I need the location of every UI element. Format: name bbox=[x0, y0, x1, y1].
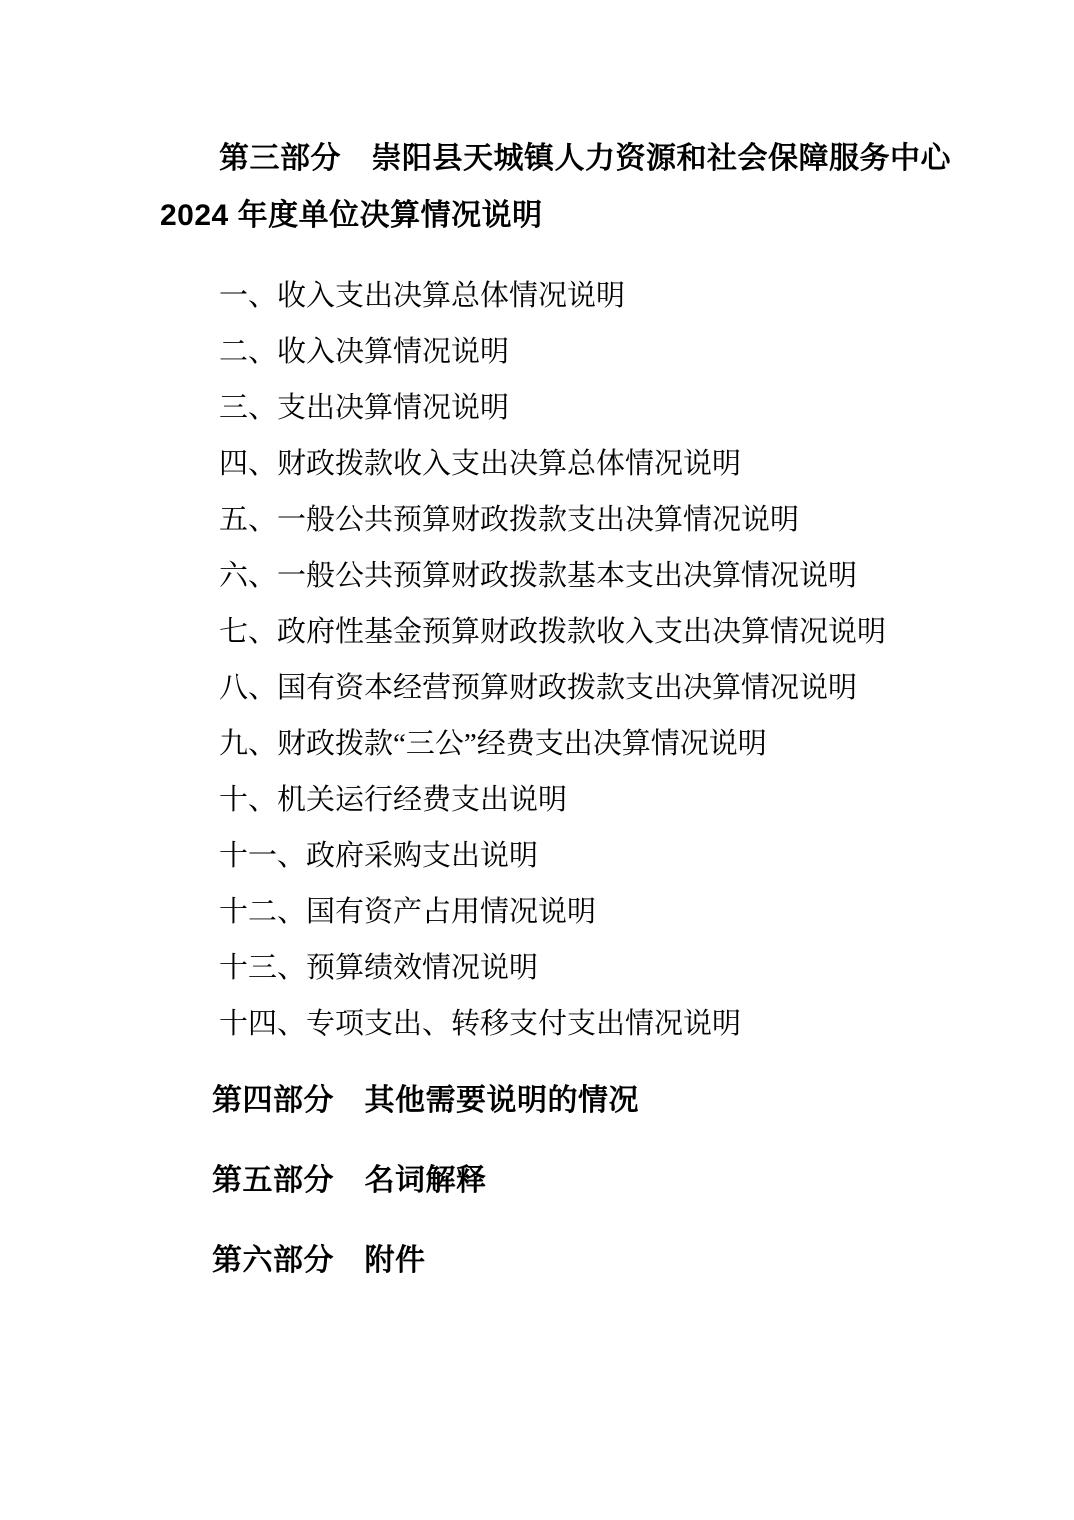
toc-item-7: 七、政府性基金预算财政拨款收入支出决算情况说明 bbox=[160, 604, 994, 660]
toc-item-5: 五、一般公共预算财政拨款支出决算情况说明 bbox=[160, 492, 994, 548]
toc-item-6: 六、一般公共预算财政拨款基本支出决算情况说明 bbox=[160, 548, 994, 604]
toc-item-9: 九、财政拨款“三公”经费支出决算情况说明 bbox=[160, 716, 994, 772]
section-heading-part-4: 第四部分 其他需要说明的情况 bbox=[160, 1072, 994, 1129]
section-heading-part-5: 第五部分 名词解释 bbox=[160, 1152, 994, 1209]
toc-item-10: 十、机关运行经费支出说明 bbox=[160, 772, 994, 828]
document-title-line-2: 2024 年度单位决算情况说明 bbox=[160, 187, 994, 244]
section-headings: 第四部分 其他需要说明的情况 第五部分 名词解释 第六部分 附件 bbox=[160, 1072, 994, 1289]
toc-item-12: 十二、国有资产占用情况说明 bbox=[160, 884, 994, 940]
page-content: 第三部分 崇阳县天城镇人力资源和社会保障服务中心 2024 年度单位决算情况说明… bbox=[0, 0, 1074, 1289]
toc-item-2: 二、收入决算情况说明 bbox=[160, 324, 994, 380]
document-title: 第三部分 崇阳县天城镇人力资源和社会保障服务中心 2024 年度单位决算情况说明 bbox=[160, 130, 994, 244]
toc-item-8: 八、国有资本经营预算财政拨款支出决算情况说明 bbox=[160, 660, 994, 716]
section-heading-part-6: 第六部分 附件 bbox=[160, 1232, 994, 1289]
toc-item-4: 四、财政拨款收入支出决算总体情况说明 bbox=[160, 436, 994, 492]
toc-item-13: 十三、预算绩效情况说明 bbox=[160, 940, 994, 996]
toc-list: 一、收入支出决算总体情况说明 二、收入决算情况说明 三、支出决算情况说明 四、财… bbox=[160, 268, 994, 1052]
toc-item-14: 十四、专项支出、转移支付支出情况说明 bbox=[160, 996, 994, 1052]
document-page: 第三部分 崇阳县天城镇人力资源和社会保障服务中心 2024 年度单位决算情况说明… bbox=[0, 0, 1074, 1520]
document-title-line-1: 第三部分 崇阳县天城镇人力资源和社会保障服务中心 bbox=[160, 130, 994, 187]
toc-item-3: 三、支出决算情况说明 bbox=[160, 380, 994, 436]
toc-item-11: 十一、政府采购支出说明 bbox=[160, 828, 994, 884]
toc-item-1: 一、收入支出决算总体情况说明 bbox=[160, 268, 994, 324]
